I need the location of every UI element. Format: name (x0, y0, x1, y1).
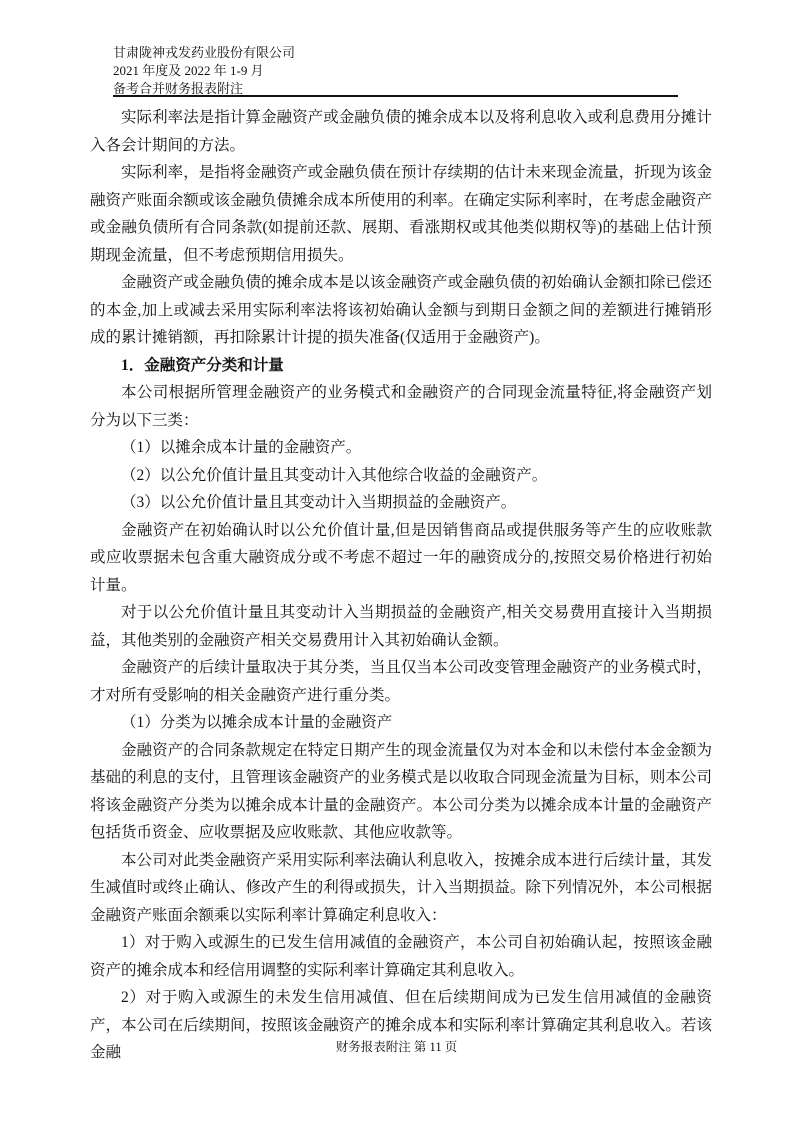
document-body: 实际利率法是指计算金融资产或金融负债的摊余成本以及将利息收入或利息费用分摊计入各… (90, 104, 712, 1067)
section-heading: 1．金融资产分类和计量 (90, 352, 712, 380)
paragraph: 金融资产的后续计量取决于其分类，当且仅当本公司改变管理金融资产的业务模式时，才对… (90, 654, 712, 709)
paragraph: 本公司根据所管理金融资产的业务模式和金融资产的合同现金流量特征,将金融资产划分为… (90, 379, 712, 434)
paragraph: 对于以公允价值计量且其变动计入当期损益的金融资产,相关交易费用直接计入当期损益，… (90, 599, 712, 654)
header-divider (113, 95, 678, 97)
report-period: 2021 年度及 2022 年 1-9 月 (113, 62, 678, 80)
paragraph: （2）以公允价值计量且其变动计入其他综合收益的金融资产。 (90, 462, 712, 490)
paragraph: 实际利率法是指计算金融资产或金融负债的摊余成本以及将利息收入或利息费用分摊计入各… (90, 104, 712, 159)
page-footer: 财务报表附注 第 11 页 (0, 1038, 793, 1056)
company-name: 甘肃陇神戎发药业股份有限公司 (113, 44, 678, 62)
paragraph: （3）以公允价值计量且其变动计入当期损益的金融资产。 (90, 489, 712, 517)
paragraph: 金融资产的合同条款规定在特定日期产生的现金流量仅为对本金和以未偿付本金金额为基础… (90, 737, 712, 847)
paragraph: 实际利率，是指将金融资产或金融负债在预计存续期的估计未来现金流量，折现为该金融资… (90, 159, 712, 269)
document-page: 甘肃陇神戎发药业股份有限公司 2021 年度及 2022 年 1-9 月 备考合… (0, 0, 793, 1122)
paragraph: 金融资产在初始确认时以公允价值计量,但是因销售商品或提供服务等产生的应收账款或应… (90, 517, 712, 600)
paragraph: （1）分类为以摊余成本计量的金融资产 (90, 709, 712, 737)
paragraph: 金融资产或金融负债的摊余成本是以该金融资产或金融负债的初始确认金额扣除已偿还的本… (90, 269, 712, 352)
paragraph: （1）以摊余成本计量的金融资产。 (90, 434, 712, 462)
paragraph: 本公司对此类金融资产采用实际利率法确认利息收入，按摊余成本进行后续计量，其发生减… (90, 847, 712, 930)
paragraph: 1）对于购入或源生的已发生信用减值的金融资产，本公司自初始确认起，按照该金融资产… (90, 929, 712, 984)
document-header: 甘肃陇神戎发药业股份有限公司 2021 年度及 2022 年 1-9 月 备考合… (113, 44, 678, 98)
